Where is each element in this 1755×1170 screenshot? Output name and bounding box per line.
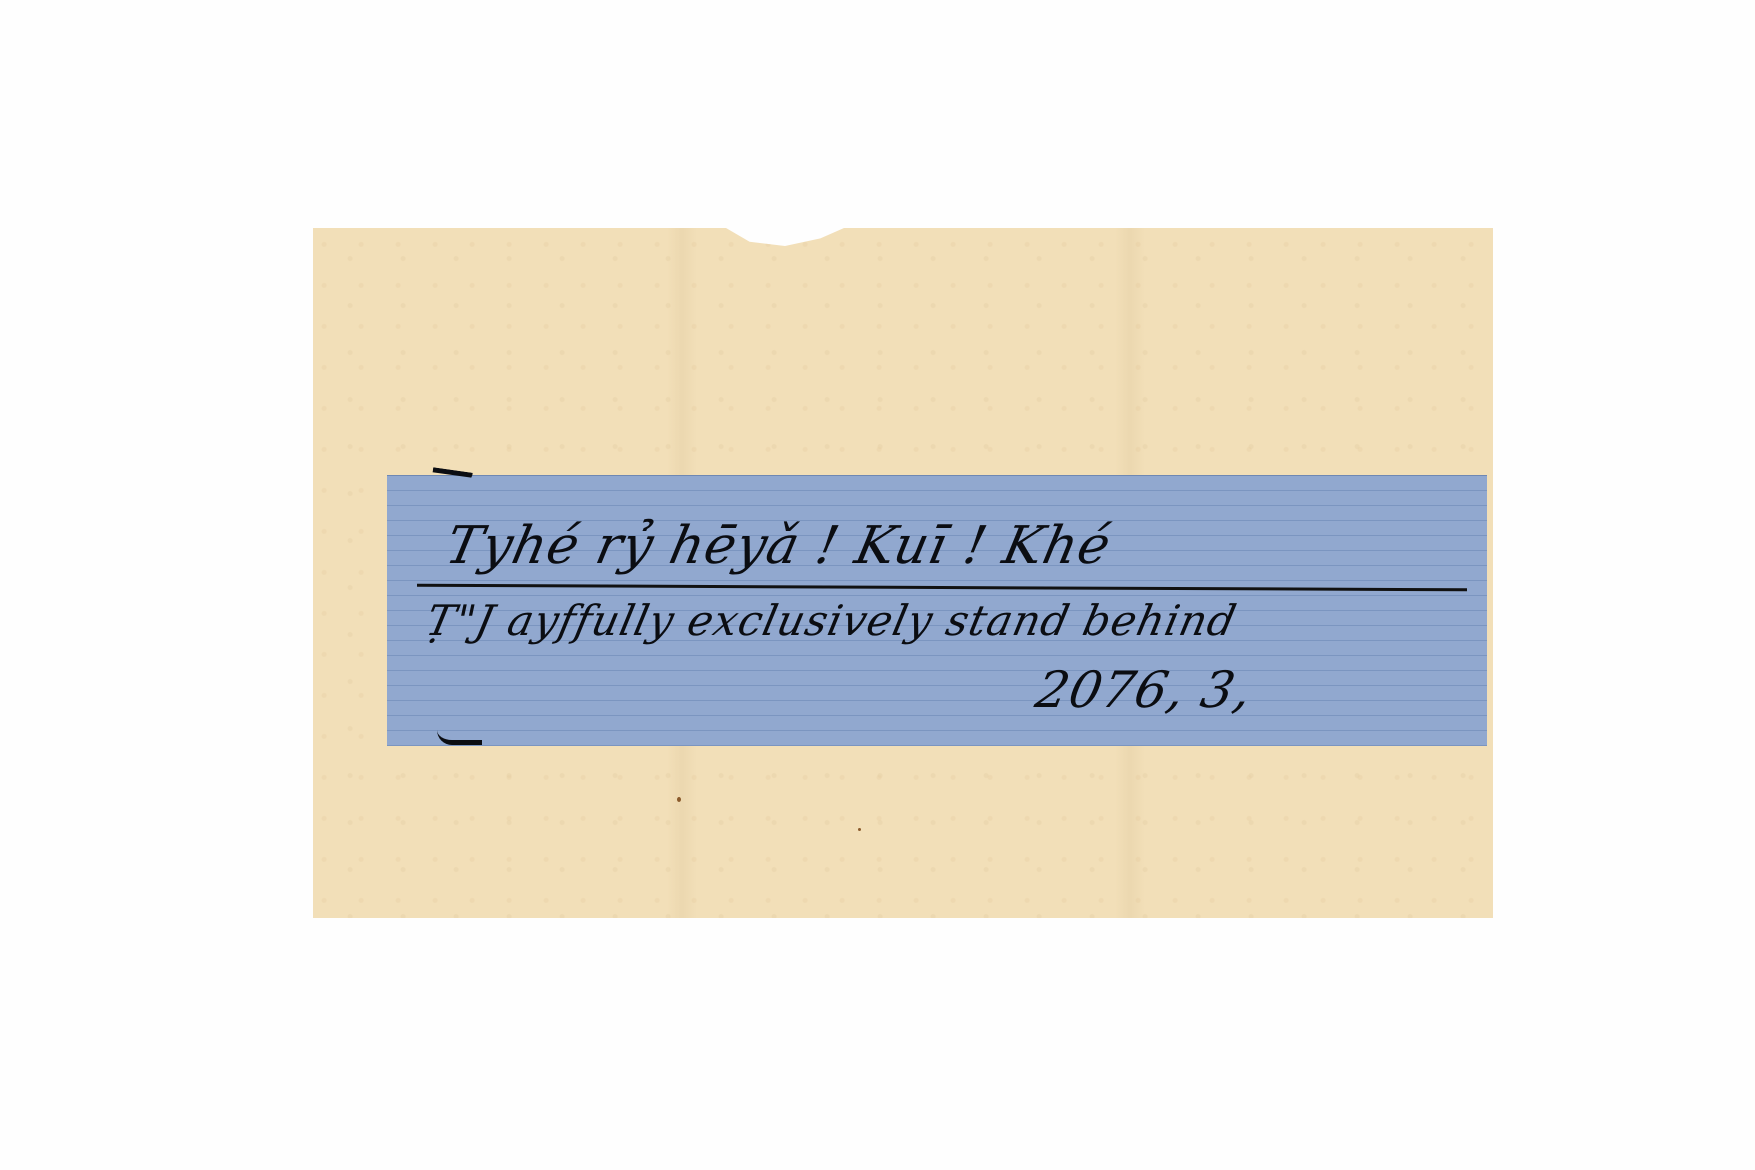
photo-scene: Tyhé rỷ hēyǎ ! Kuī ! Khé Ṭ"J ayffully ex… xyxy=(0,0,1755,1170)
handwritten-line-3: 2076, 3, xyxy=(1031,661,1258,719)
ink-underline xyxy=(417,584,1467,592)
handwritten-line-2: Ṭ"J ayffully exclusively stand behind xyxy=(422,596,1241,645)
ink-mark xyxy=(437,730,482,745)
paper-speck xyxy=(858,828,861,831)
blue-note-strip: Tyhé rỷ hēyǎ ! Kuī ! Khé Ṭ"J ayffully ex… xyxy=(387,475,1487,746)
paper-speck xyxy=(677,797,681,802)
handwritten-line-1: Tyhé rỷ hēyǎ ! Kuī ! Khé xyxy=(441,516,1117,576)
